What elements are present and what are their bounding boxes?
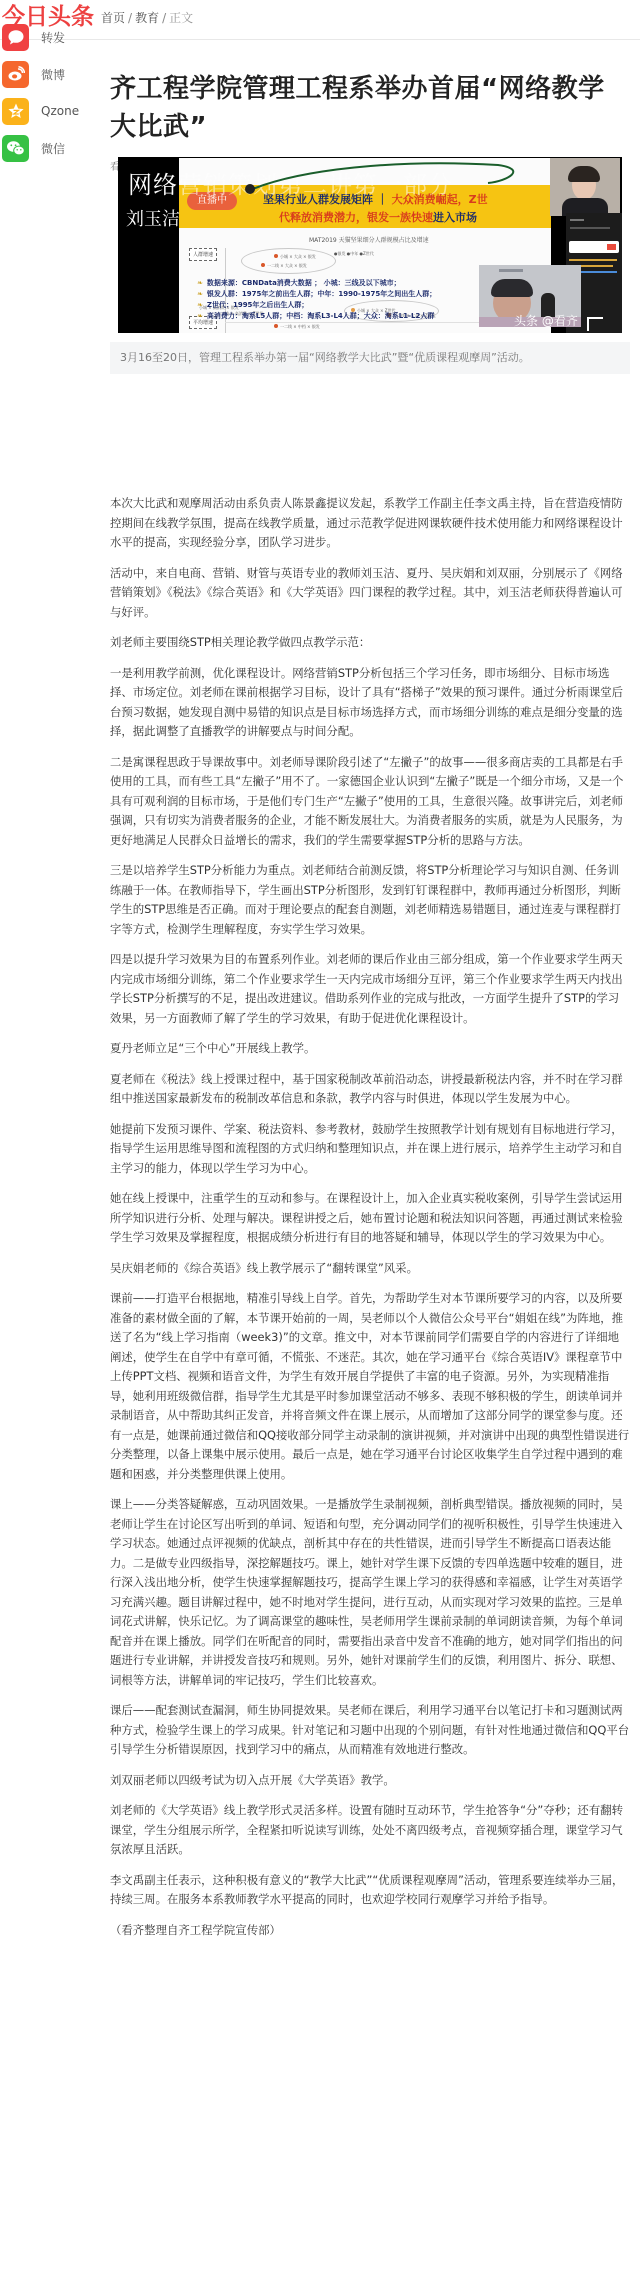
paragraph: 她在线上授课中，注重学生的互动和参与。在课程设计上，加入企业真实税收案例，引导学…: [110, 1189, 630, 1248]
article-title: 齐工程学院管理工程系举办首届“网络教学大比武”: [110, 70, 630, 146]
breadcrumb-education-link[interactable]: 教育: [135, 11, 159, 25]
toutiao-watermark: 头条 @看齐: [514, 312, 578, 329]
breadcrumb-separator: /: [162, 11, 166, 25]
article-body: 本次大比武和观摩周活动由系负责人陈景鑫提议发起，系教学工作副主任李文禹主持，旨在…: [110, 494, 630, 1940]
weibo-icon: [2, 61, 29, 88]
share-repost-button[interactable]: 转发: [2, 22, 80, 52]
paragraph: 三是以培养学生STP分析能力为重点。刘老师结合前测反馈，将STP分析理论学习与知…: [110, 861, 630, 939]
share-repost-label: 转发: [41, 29, 65, 46]
paragraph: 吴庆娟老师的《综合英语》线上教学展示了“翻转课堂”风采。: [110, 1259, 630, 1279]
paragraph: 夏老师在《税法》线上授课过程中，基于国家税制改革前沿动态，讲授最新税法内容，并不…: [110, 1070, 630, 1109]
wechat-icon: [2, 135, 29, 162]
share-weibo-label: 微博: [41, 66, 65, 83]
breadcrumb-separator: /: [128, 11, 132, 25]
slide-chart-title: MAT2019 天猫坚果细分人群规模占比及增速: [309, 235, 429, 244]
chart-dot: [274, 324, 278, 328]
paragraph: 课前——打造平台根据地，精准引导线上自学。首先，为帮助学生对本节课所要学习的内容…: [110, 1289, 630, 1484]
share-wechat-label: 微信: [41, 140, 65, 157]
paragraph: 一是利用教学前测，优化课程设计。网络营销STP分析包括三个学习任务，即市场细分、…: [110, 664, 630, 742]
share-qzone-button[interactable]: Qzone: [2, 96, 80, 126]
paragraph: 课上——分类答疑解惑，互动巩固效果。一是播放学生录制视频，剖析典型错误。播放视频…: [110, 1495, 630, 1690]
slide-footnotes: ❧数据来源：CBNData消费大数据 ； 小城：三线及以下城市； ❧银发人群：1…: [197, 278, 436, 322]
breadcrumb-home-link[interactable]: 首页: [101, 11, 125, 25]
breadcrumb-current: 正文: [169, 11, 193, 25]
article-source-note: （看齐整理自齐工程学院宣传部）: [110, 1921, 630, 1941]
share-wechat-button[interactable]: 微信: [2, 133, 80, 163]
chart-dot: [274, 254, 278, 258]
paragraph: 她提前下发预习课件、学案、税法资料、参考教材，鼓励学生按照教学计划有规划有目标地…: [110, 1120, 630, 1179]
paragraph: 本次大比武和观摩周活动由系负责人陈景鑫提议发起，系教学工作副主任李文禹主持，旨在…: [110, 494, 630, 553]
paragraph: 夏丹老师立足“三个中心”开展线上教学。: [110, 1039, 630, 1059]
paragraph: 二是寓课程思政于导课故事中。刘老师导课阶段引述了“左撇子”的故事——很多商店卖的…: [110, 753, 630, 851]
article-video-screenshot[interactable]: 坚果行业人群发展矩阵 ｜ 大众消费崛起，Z世 代释放消费潜力，银发一族快速进入市…: [118, 157, 622, 333]
top-navigation-bar: 今日头条 首页/教育/正文: [0, 0, 640, 40]
paragraph: 李文禹副主任表示，这种积极有意义的“教学大比武”“优质课程观摩周”活动，管理系要…: [110, 1871, 630, 1910]
slide-cluster-ellipse: [241, 248, 336, 274]
video-overlay-presenter-name: 刘玉洁: [126, 205, 180, 231]
fullscreen-icon[interactable]: [587, 317, 603, 331]
image-caption: 3月16至20日，管理工程系举办第一届“网络教学大比武”暨“优质课程观摩周”活动…: [110, 342, 630, 374]
paragraph: 活动中，来自电商、营销、财管与英语专业的教师刘玉洁、夏丹、吴庆娟和刘双丽，分别展…: [110, 564, 630, 623]
slide-axis-top-label: 人群增速: [189, 248, 217, 261]
chart-dot: [261, 263, 265, 267]
teacher-webcam: [550, 158, 620, 216]
share-qzone-label: Qzone: [41, 104, 79, 118]
slide-banner-line2: 代释放消费潜力，银发一族快速进入市场: [279, 209, 477, 225]
share-weibo-button[interactable]: 微博: [2, 59, 80, 89]
breadcrumb: 首页/教育/正文: [101, 8, 193, 28]
paragraph: 课后——配套测试查漏洞，师生协同提效果。吴老师在课后，利用学习通平台以笔记打卡和…: [110, 1701, 630, 1760]
paragraph: 四是以提升学习效果为目的布置系列作业。刘老师的课后作业由三部分组成，第一个作业要…: [110, 950, 630, 1028]
repost-bubble-icon: [2, 24, 29, 51]
paragraph: 刘双丽老师以四级考试为切入点开展《大学英语》教学。: [110, 1771, 630, 1791]
qzone-star-icon: [2, 98, 29, 125]
paragraph: 刘老师的《大学英语》线上教学形式灵活多样。设置有随时互动环节，学生抢答争“分”夺…: [110, 1801, 630, 1860]
annotation-stroke: [228, 159, 518, 199]
paragraph: 刘老师主要围绕STP相关理论教学做四点教学示范：: [110, 633, 630, 653]
